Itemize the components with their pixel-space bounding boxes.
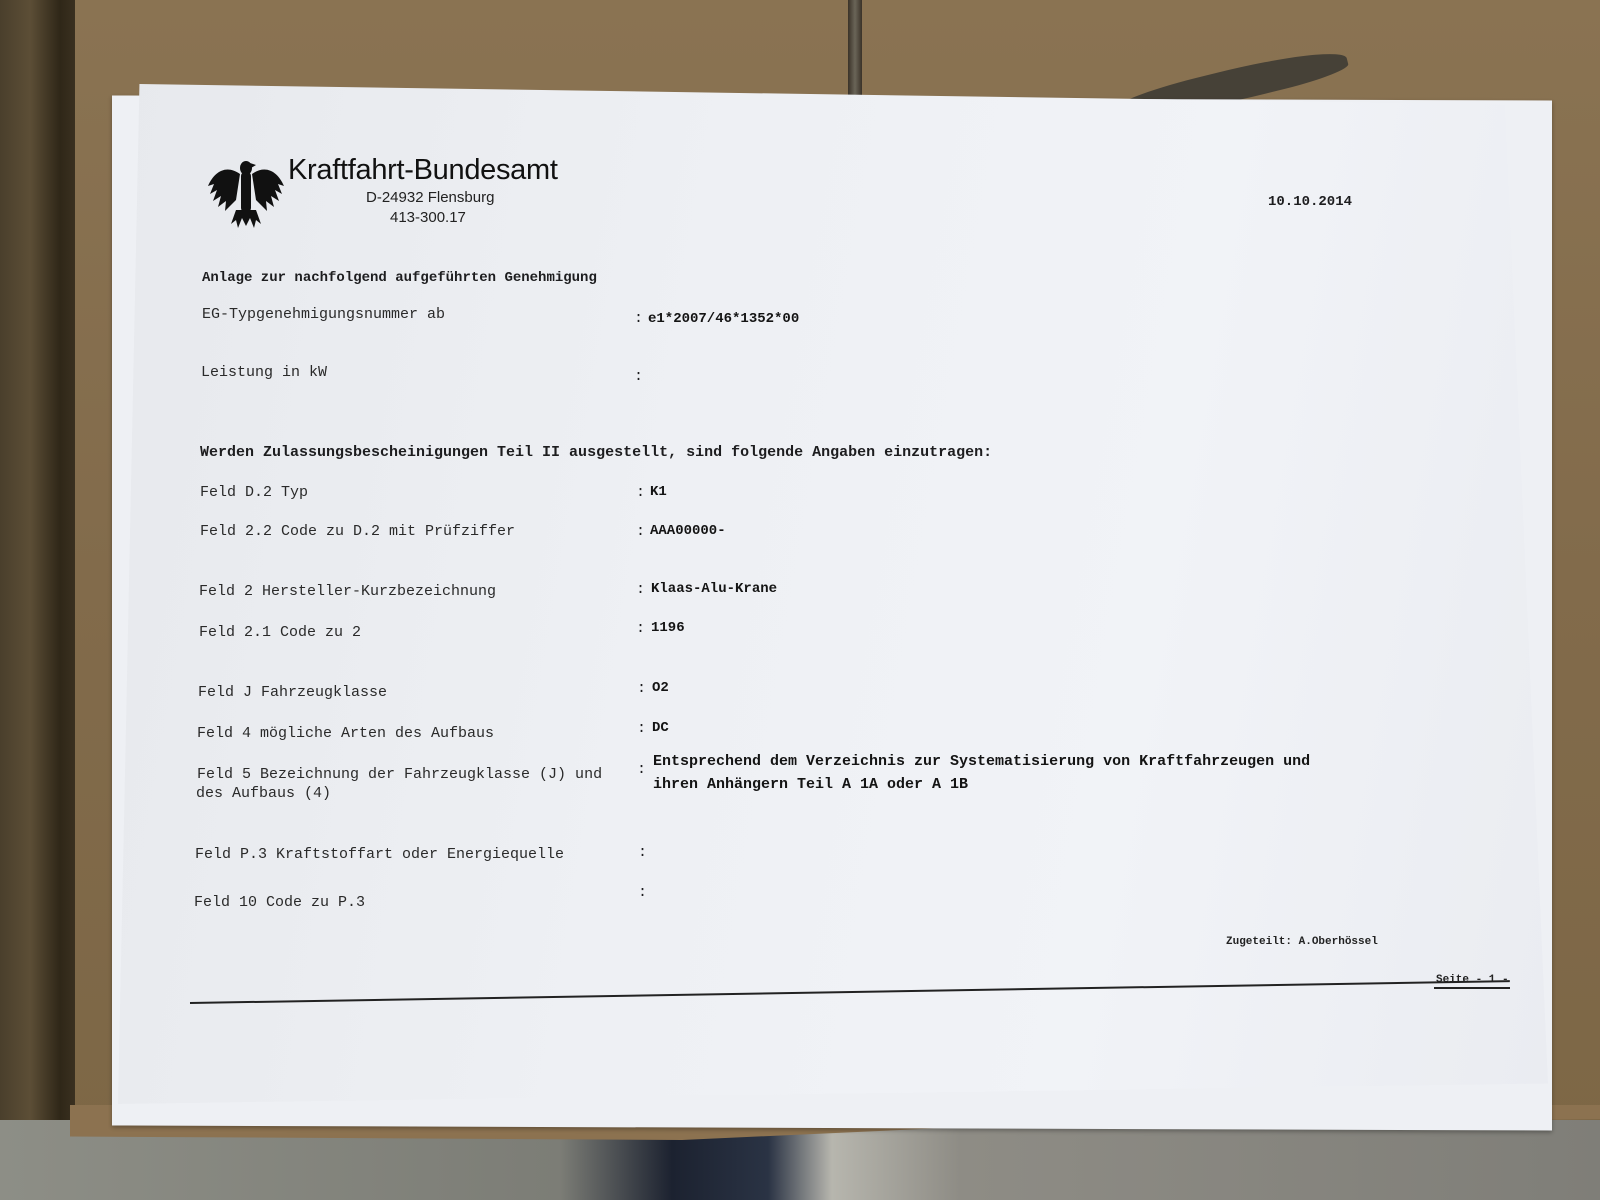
field-value-class-designation: Entsprechend dem Verzeichnis zur Systema… bbox=[653, 753, 1310, 770]
field-separator: : bbox=[634, 368, 643, 385]
assigned-clerk: Zugeteilt: A.Oberhössel bbox=[1226, 936, 1378, 948]
field-label-power-kw: Leistung in kW bbox=[201, 364, 327, 381]
field-value-type-approval: e1*2007/46*1352*00 bbox=[648, 311, 799, 327]
field-separator: : bbox=[638, 884, 647, 901]
field-separator: : bbox=[637, 680, 646, 697]
field-separator: : bbox=[638, 844, 647, 861]
field-value-d2-type: K1 bbox=[650, 484, 667, 500]
field-label-vehicle-class: Feld J Fahrzeugklasse bbox=[198, 684, 387, 701]
field-label-class-designation: Feld 5 Bezeichnung der Fahrzeugklasse (J… bbox=[197, 766, 602, 783]
box-seam bbox=[848, 0, 862, 105]
field-label-class-designation-line2: des Aufbaus (4) bbox=[196, 785, 331, 802]
section-heading-annex: Anlage zur nachfolgend aufgeführten Gene… bbox=[202, 270, 597, 286]
authority-name: Kraftfahrt-Bundesamt bbox=[288, 154, 558, 187]
document-page: Kraftfahrt-Bundesamt D-24932 Flensburg 4… bbox=[118, 84, 1548, 1104]
field-separator: : bbox=[636, 484, 645, 501]
field-label-body-types: Feld 4 mögliche Arten des Aufbaus bbox=[197, 725, 494, 742]
authority-address: D-24932 Flensburg bbox=[366, 189, 494, 206]
field-label-fuel-type: Feld P.3 Kraftstoffart oder Energiequell… bbox=[195, 846, 564, 863]
field-label-type-approval: EG-Typgenehmigungsnummer ab bbox=[202, 306, 445, 323]
field-label-fuel-code: Feld 10 Code zu P.3 bbox=[194, 894, 365, 911]
field-value-manufacturer: Klaas-Alu-Krane bbox=[651, 581, 777, 597]
field-value-2-2-code: AAA00000- bbox=[650, 523, 726, 539]
field-separator: : bbox=[636, 620, 645, 637]
page-number-underline bbox=[1434, 987, 1510, 989]
reference-number: 413-300.17 bbox=[390, 209, 466, 226]
field-value-vehicle-class: O2 bbox=[652, 680, 669, 696]
field-label-d2-type: Feld D.2 Typ bbox=[200, 484, 308, 501]
field-separator: : bbox=[636, 581, 645, 598]
field-separator: : bbox=[634, 310, 643, 327]
field-label-2-1-code: Feld 2.1 Code zu 2 bbox=[199, 624, 361, 641]
field-value-body-types: DC bbox=[652, 720, 669, 736]
field-separator: : bbox=[637, 761, 646, 778]
footer-rule bbox=[190, 980, 1510, 1004]
document-date: 10.10.2014 bbox=[1268, 194, 1352, 210]
field-value-class-designation-line2: ihren Anhängern Teil A 1A oder A 1B bbox=[653, 776, 968, 793]
federal-eagle-icon bbox=[206, 154, 286, 230]
field-label-2-2-code: Feld 2.2 Code zu D.2 mit Prüfziffer bbox=[200, 523, 515, 540]
section-heading-registration: Werden Zulassungsbescheinigungen Teil II… bbox=[200, 444, 992, 461]
field-separator: : bbox=[637, 720, 646, 737]
box-side-shadow bbox=[0, 0, 75, 1200]
field-value-2-1-code: 1196 bbox=[651, 620, 685, 636]
field-separator: : bbox=[636, 523, 645, 540]
field-label-manufacturer: Feld 2 Hersteller-Kurzbezeichnung bbox=[199, 583, 496, 600]
